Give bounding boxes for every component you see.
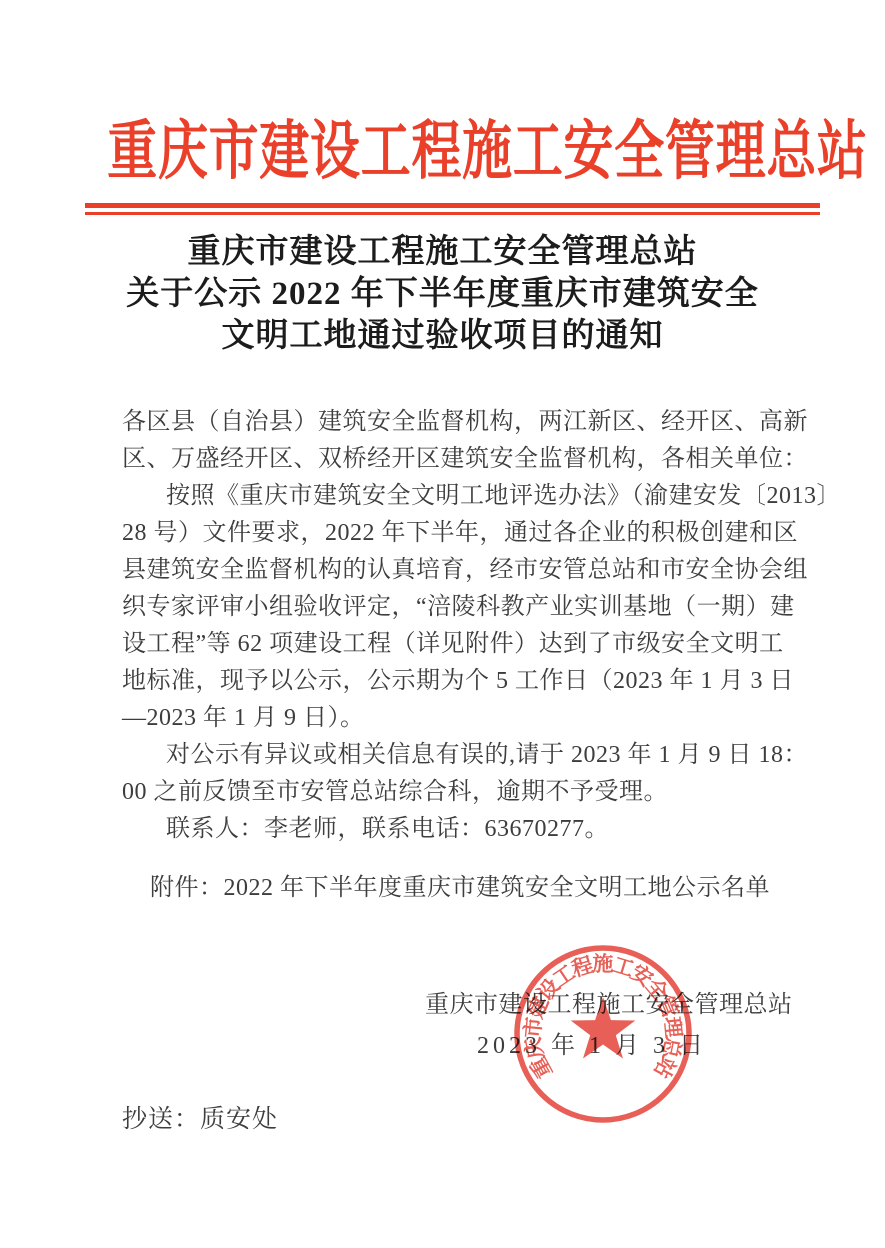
agency-masthead-text: 重庆市建设工程施工安全管理总站 [107,108,868,196]
body-line: 织专家评审小组验收评定，“涪陵科教产业实训基地（一期）建 [122,589,812,626]
body-line: 28 号）文件要求，2022 年下半年，通过各企业的积极创建和区 [122,515,812,552]
masthead-rule-thin [85,212,820,215]
body-line: 00 之前反馈至市安管总站综合科，逾期不予受理。 [122,774,812,811]
attachment-line: 附件：2022 年下半年度重庆市建筑安全文明工地公示名单 [122,870,812,907]
body-line: 设工程”等 62 项建设工程（详见附件）达到了市级安全文明工 [122,626,812,663]
document-title-line-3: 文明工地通过验收项目的通知 [0,315,885,357]
agency-masthead: 重庆市建设工程施工安全管理总站 [0,108,885,196]
cc-line: 抄送：质安处 [122,1105,278,1135]
masthead-rule-thick [85,203,820,208]
document-title-line-2: 关于公示 2022 年下半年度重庆市建筑安全 [0,273,885,315]
body-line: 区、万盛经开区、双桥经开区建筑安全监督机构，各相关单位： [122,441,812,478]
document-title: 重庆市建设工程施工安全管理总站 关于公示 2022 年下半年度重庆市建筑安全 文… [0,231,885,357]
signature-date: 2023 年 1 月 3 日 [477,1031,707,1061]
notice-body: 各区县（自治县）建筑安全监督机构，两江新区、经开区、高新 区、万盛经开区、双桥经… [122,404,812,907]
signature-org: 重庆市建设工程施工安全管理总站 [425,990,793,1020]
body-line: —2023 年 1 月 9 日）。 [122,700,812,737]
body-line: 对公示有异议或相关信息有误的,请于 2023 年 1 月 9 日 18： [122,737,812,774]
body-line: 县建筑安全监督机构的认真培育，经市安管总站和市安全协会组 [122,552,812,589]
body-line: 联系人：李老师，联系电话：63670277。 [122,811,812,848]
body-line: 各区县（自治县）建筑安全监督机构，两江新区、经开区、高新 [122,404,812,441]
notice-document-page: 重庆市建设工程施工安全管理总站 重庆市建设工程施工安全管理总站 关于公示 202… [0,0,885,1248]
body-line: 按照《重庆市建筑安全文明工地评选办法》（渝建安发〔2013〕 [122,478,812,515]
document-title-line-1: 重庆市建设工程施工安全管理总站 [0,231,885,273]
body-line: 地标准，现予以公示，公示期为个 5 工作日（2023 年 1 月 3 日 [122,663,812,700]
